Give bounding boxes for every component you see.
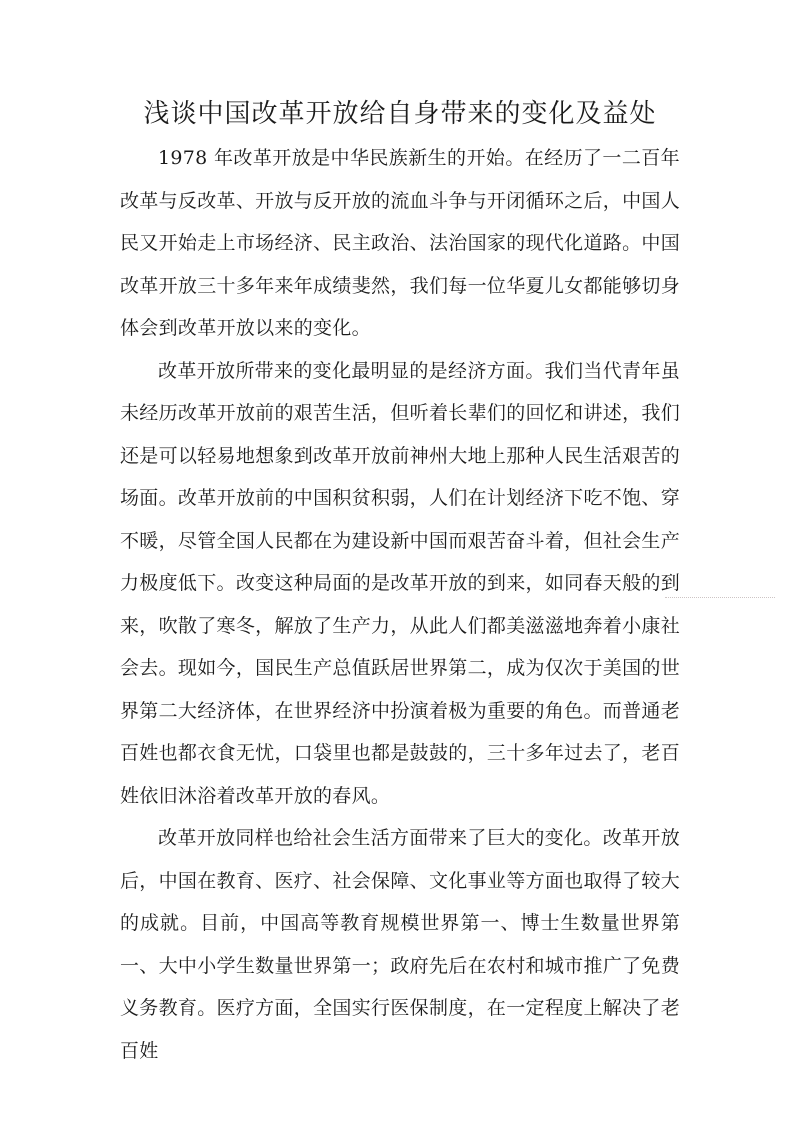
scan-artifact-dotted-line	[665, 597, 775, 598]
document-page: 浅谈中国改革开放给自身带来的变化及益处 1978 年改革开放是中华民族新生的开始…	[0, 0, 800, 1132]
paragraph-social-life: 改革开放同样也给社会生活方面带来了巨大的变化。改革开放后，中国在教育、医疗、社会…	[120, 817, 680, 1072]
paragraph-intro: 1978 年改革开放是中华民族新生的开始。在经历了一二百年改革与反改革、开放与反…	[120, 137, 680, 350]
document-body: 浅谈中国改革开放给自身带来的变化及益处 1978 年改革开放是中华民族新生的开始…	[120, 92, 680, 1072]
paragraph-economy: 改革开放所带来的变化最明显的是经济方面。我们当代青年虽未经历改革开放前的艰苦生活…	[120, 350, 680, 818]
document-title: 浅谈中国改革开放给自身带来的变化及益处	[120, 92, 680, 137]
